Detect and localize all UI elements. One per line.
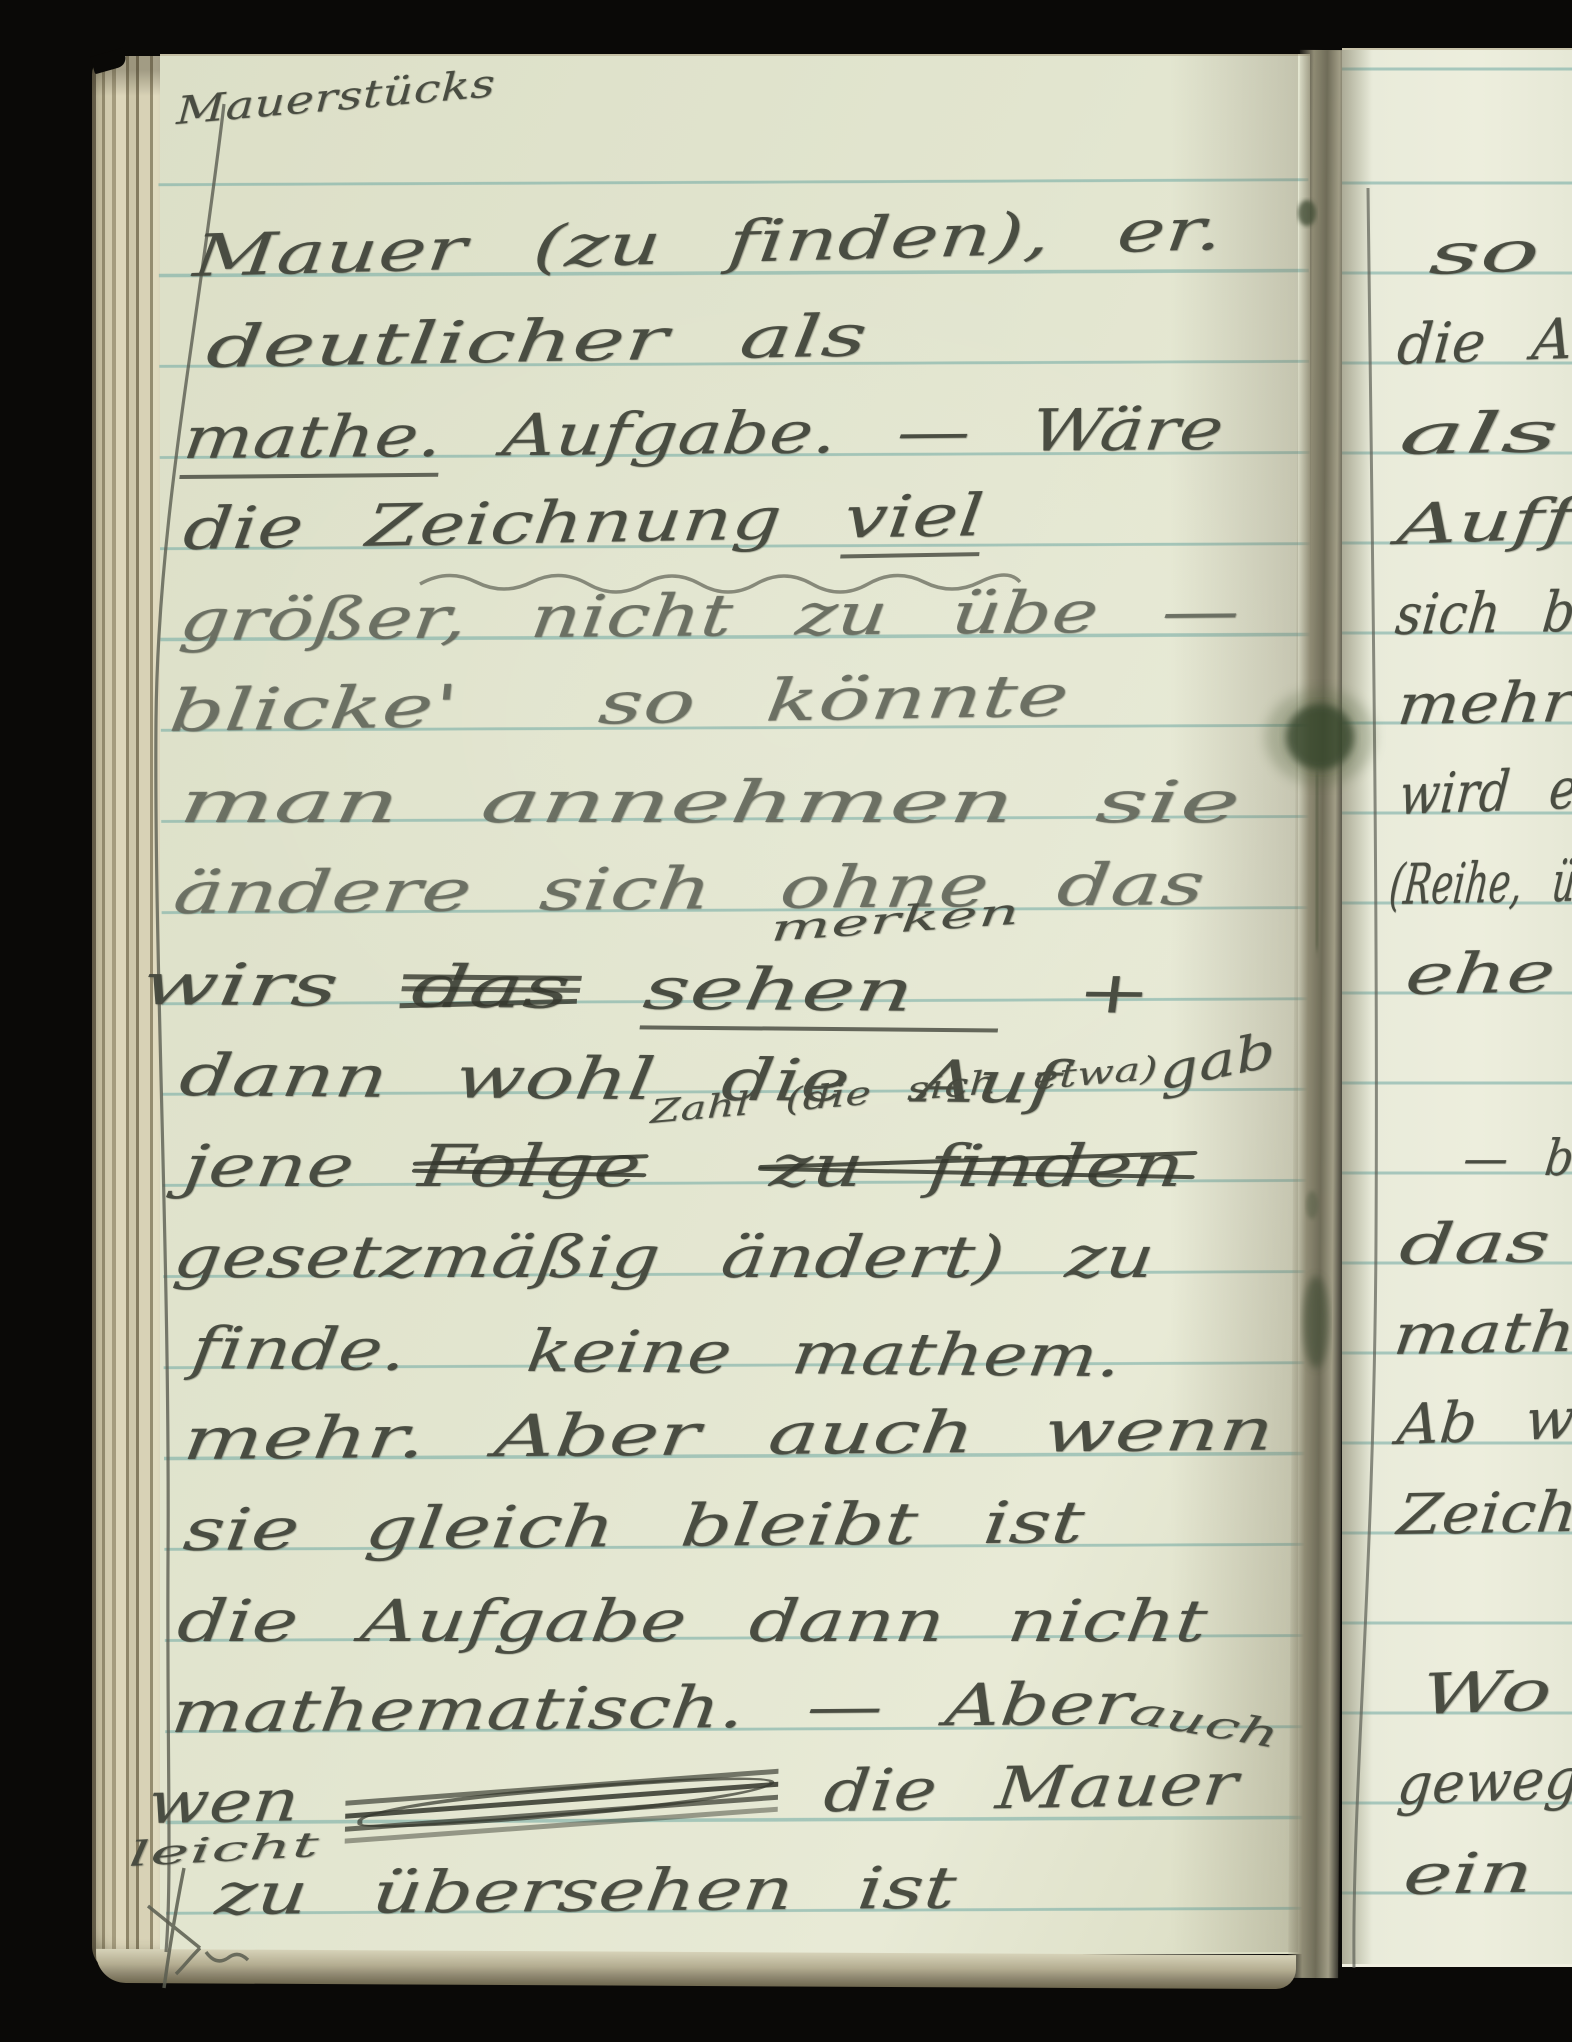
handwriting-text: wen bbox=[144, 1765, 362, 1837]
handwriting-text: auch bbox=[1125, 1688, 1286, 1756]
handwriting-text: mehr. Aber auch wenn bbox=[180, 1395, 1278, 1473]
handwriting-line: sie gleich bleibt ist bbox=[181, 1493, 1088, 1559]
handwriting-layer-left: MauerstücksMauer (zu finden), er.deutlic… bbox=[0, 0, 1572, 2042]
handwriting-text bbox=[566, 954, 649, 1023]
handwriting-text: Mauerstücks bbox=[176, 61, 497, 133]
insertion-above: gab bbox=[1157, 1025, 1278, 1098]
handwriting-text: zu finden bbox=[767, 1132, 1189, 1200]
handwriting-line: gesetzmäßig ändert) zu bbox=[171, 1228, 1159, 1286]
handwriting-text: mathematisch. — Aber bbox=[168, 1670, 1136, 1746]
handwriting-line: deutlicher als bbox=[204, 306, 871, 376]
handwriting-line: größer, nicht zu übe — bbox=[177, 582, 1244, 649]
handwriting-text: sie gleich bleibt ist bbox=[180, 1488, 1088, 1564]
handwriting-text: sehen bbox=[639, 954, 1008, 1032]
handwriting-text: die Mauer bbox=[762, 1750, 1242, 1826]
handwriting-line: man annehmen sie bbox=[177, 773, 1244, 831]
handwriting-line: blicke' so könnte bbox=[167, 666, 1072, 740]
handwriting-text: Aufgabe. — Wäre bbox=[439, 395, 1228, 470]
handwriting-text: wirs bbox=[138, 950, 417, 1020]
handwriting-text: gesetzmäßig ändert) zu bbox=[170, 1223, 1159, 1291]
handwriting-text: das bbox=[408, 952, 575, 1021]
handwriting-line: mathematisch. — Aber bbox=[169, 1675, 1136, 1741]
handwriting-text: Mauer (zu finden), er. bbox=[190, 195, 1226, 290]
handwriting-text: zu übersehen ist bbox=[212, 1853, 960, 1928]
handwriting-line: jene Folge zu finden bbox=[181, 1137, 1188, 1195]
handwriting-text: + bbox=[999, 958, 1157, 1027]
handwriting-text bbox=[637, 1132, 775, 1200]
handwriting-line: wirs das sehen + bbox=[138, 955, 1156, 1022]
handwriting-text: blicke' so könnte bbox=[166, 661, 1072, 745]
handwriting-line: Mauer (zu finden), er. bbox=[191, 200, 1226, 285]
handwriting-line: die Zeichnung viel bbox=[181, 486, 987, 558]
handwriting-text: mathe. bbox=[179, 402, 446, 479]
handwriting-text: viel bbox=[840, 481, 987, 559]
handwriting-text: die Zeichnung bbox=[180, 483, 848, 563]
scribbled-out-word bbox=[355, 1776, 767, 1830]
handwriting-text: deutlicher als bbox=[203, 301, 871, 381]
handwriting-line: ändere sich ohne das bbox=[171, 855, 1208, 922]
insertion-above: auch bbox=[1126, 1691, 1285, 1754]
notebook-photo: sodie AalsAuffsich bmehrwird e(Reihe, üe… bbox=[0, 0, 1572, 2042]
handwriting-line: mathe. Aufgabe. — Wäre bbox=[181, 400, 1227, 467]
handwriting-line: wen die Mauer bbox=[145, 1755, 1241, 1834]
handwriting-text: jene bbox=[180, 1132, 423, 1200]
handwriting-line: die Aufgabe dann nicht bbox=[175, 1592, 1211, 1650]
handwriting-line: mehr. Aber auch wenn bbox=[181, 1400, 1278, 1468]
handwriting-text: ändere sich ohne das bbox=[170, 850, 1208, 927]
handwriting-text: Folge bbox=[415, 1132, 646, 1200]
handwriting-line: finde. keine mathem. bbox=[188, 1319, 1125, 1385]
handwriting-text: die Aufgabe dann nicht bbox=[174, 1587, 1212, 1655]
handwriting-text: finde. keine mathem. bbox=[188, 1314, 1126, 1390]
catchword-top: Mauerstücks bbox=[176, 64, 496, 130]
handwriting-text: größer, nicht zu übe — bbox=[176, 577, 1244, 654]
handwriting-text: gab bbox=[1156, 1021, 1278, 1102]
handwriting-line: zu übersehen ist bbox=[213, 1858, 960, 1923]
handwriting-text: man annehmen sie bbox=[176, 768, 1245, 836]
